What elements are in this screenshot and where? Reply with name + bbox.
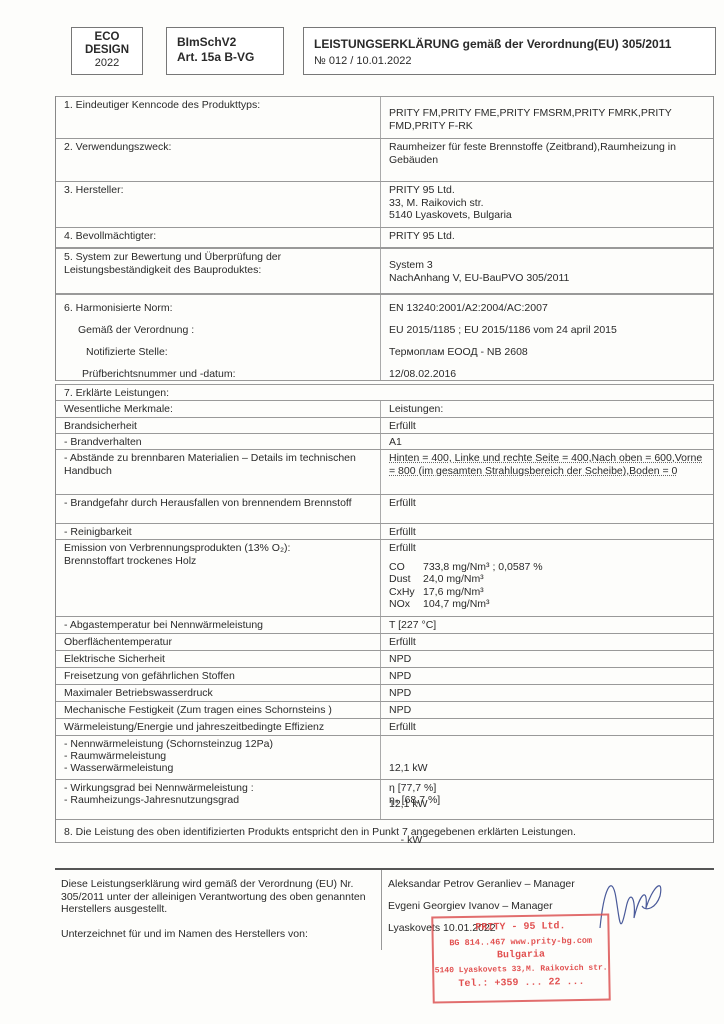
table-row: Mechanische Festigkeit (Zum tragen eines… [56, 701, 713, 718]
label-notified-body: Notifizierte Stelle: [64, 341, 372, 363]
value-regulation: EU 2015/1185 ; EU 2015/1186 vom 24 april… [389, 319, 705, 341]
s7-heading: 7. Erklärte Leistungen: [56, 385, 713, 400]
blm-line2: Art. 15a B-VG [177, 50, 283, 65]
feature-cell: - Raumwärmeleistung [64, 750, 372, 762]
emission-name: CxHy [389, 586, 423, 599]
label-manufacturer: 3. Hersteller: [56, 182, 381, 227]
feature-cell: - Brandverhalten [56, 434, 381, 449]
table-row: Freisetzung von gefährlichen Stoffen NPD [56, 667, 713, 684]
blm-line1: BImSchV2 [177, 35, 283, 50]
value-cell: Erfüllt [381, 634, 713, 650]
label-regulation: Gemäß der Verordnung : [64, 319, 372, 341]
avcp-annex: NachAnhang V, EU-BauPVO 305/2011 [389, 272, 705, 285]
heat-output-labels: - Nennwärmeleistung (Schornsteinzug 12Pa… [56, 736, 381, 779]
row-emissions: Emission von Verbrennungsprodukten (13% … [56, 539, 713, 616]
value-cell: Erfüllt [381, 418, 713, 433]
feature-cell: - Nennwärmeleistung (Schornsteinzug 12Pa… [64, 738, 372, 750]
value-cell: NPD [381, 685, 713, 701]
label-authorised-rep: 4. Bevollmächtigter: [56, 228, 381, 247]
label-harmonised-standard: 6. Harmonisierte Norm: [64, 297, 372, 319]
row-heat-output: - Nennwärmeleistung (Schornsteinzug 12Pa… [56, 735, 713, 779]
emission-name: Dust [389, 573, 423, 586]
declaration-text: Diese Leistungserklärung wird gemäß der … [61, 878, 375, 916]
bimschv-badge: BImSchV2 Art. 15a B-VG [166, 27, 284, 75]
value-harmonised-group: EN 13240:2001/A2:2004/AC:2007 EU 2015/11… [381, 295, 713, 380]
emission-value: 104,7 mg/Nm³ [423, 598, 705, 611]
feature-cell: Freisetzung von gefährlichen Stoffen [56, 668, 381, 684]
table-row: - Abgastemperatur bei Nennwärmeleistung … [56, 616, 713, 633]
value-manufacturer: PRITY 95 Ltd. 33, M. Raikovich str. 5140… [381, 182, 713, 227]
emission-values-list: CO733,8 mg/Nm³ ; 0,0587 % Dust24,0 mg/Nm… [389, 561, 705, 611]
value-harmonised-standard: EN 13240:2001/A2:2004/AC:2007 [389, 297, 705, 319]
value-cell: A1 [381, 434, 713, 449]
heat-output-values: 12,1 kW 12,1 kW - kW [381, 736, 713, 779]
emission-value: 24,0 mg/Nm³ [423, 573, 705, 586]
table-row: Wärmeleistung/Energie und jahreszeitbedi… [56, 718, 713, 735]
label-harmonised-group: 6. Harmonisierte Norm: Gemäß der Verordn… [56, 295, 381, 380]
emission-value: 733,8 mg/Nm³ ; 0,0587 % [423, 561, 705, 574]
row-manufacturer: 3. Hersteller: PRITY 95 Ltd. 33, M. Raik… [56, 181, 713, 227]
feature-cell: - Raumheizungs-Jahresnutzungsgrad [64, 794, 372, 806]
table-row: Oberflächentemperatur Erfüllt [56, 633, 713, 650]
feature-cell: - Abgastemperatur bei Nennwärmeleistung [56, 617, 381, 633]
document-title-box: LEISTUNGSERKLÄRUNG gemäß der Verordnung(… [303, 27, 716, 75]
feature-cell: Oberflächentemperatur [56, 634, 381, 650]
value-cell: Erfüllt [381, 719, 713, 735]
emission-value: 17,6 mg/Nm³ [423, 586, 705, 599]
document-title: LEISTUNGSERKLÄRUNG gemäß der Verordnung(… [314, 37, 715, 51]
value-cell: ηₛ [68,7 %] [389, 794, 705, 806]
value-cell: NPD [381, 651, 713, 667]
row-authorised-rep: 4. Bevollmächtigter: PRITY 95 Ltd. [56, 227, 713, 247]
ecodesign-badge: ECO DESIGN 2022 [71, 27, 143, 75]
eco-line2: DESIGN [72, 44, 142, 57]
value-test-report: 12/08.02.2016 [389, 363, 705, 385]
table-row: Maximaler Betriebswasserdruck NPD [56, 684, 713, 701]
declared-performance-table: 7. Erklärte Leistungen: Wesentliche Merk… [55, 384, 714, 843]
value-cell: Erfüllt [381, 495, 713, 523]
feature-cell: - Reinigbarkeit [56, 524, 381, 539]
eco-line1: ECO [72, 31, 142, 44]
declaration-text-block: Diese Leistungserklärung wird gemäß der … [55, 870, 381, 950]
efficiency-labels: - Wirkungsgrad bei Nennwärmeleistung : -… [56, 780, 381, 819]
manufacturer-name: PRITY 95 Ltd. [389, 184, 705, 197]
row-column-headers: Wesentliche Merkmale: Leistungen: [56, 400, 713, 417]
table-row: - Brandverhalten A1 [56, 433, 713, 449]
value-notified-body: Термоплам ЕООД - NB 2608 [389, 341, 705, 363]
row-s8: 8. Die Leistung des oben identifizierten… [56, 819, 713, 843]
value-authorised-rep: PRITY 95 Ltd. [381, 228, 713, 247]
avcp-system: System 3 [389, 259, 705, 272]
feature-cell: Elektrische Sicherheit [56, 651, 381, 667]
label-test-report: Prüfberichtsnummer und -datum: [64, 363, 372, 385]
signed-for-text: Unterzeichnet für und im Namen des Herst… [61, 928, 375, 941]
company-stamp: PRITY - 95 Ltd. BG 814..467 www.prity-bg… [431, 913, 610, 1003]
efficiency-values: η [77,7 %] ηₛ [68,7 %] [381, 780, 713, 819]
eco-year: 2022 [72, 57, 142, 70]
s8-conformity-statement: 8. Die Leistung des oben identifizierten… [56, 820, 713, 842]
row-intended-use: 2. Verwendungszweck: Raumheizer für fest… [56, 138, 713, 181]
table-row: Brandsicherheit Erfüllt [56, 417, 713, 433]
emission-label: Emission von Verbrennungsprodukten (13% … [64, 542, 372, 555]
feature-cell: Mechanische Festigkeit (Zum tragen eines… [56, 702, 381, 718]
row-harmonised-standard: 6. Harmonisierte Norm: Gemäß der Verordn… [56, 293, 713, 380]
feature-cell: - Abstände zu brennbaren Materialien – D… [56, 450, 381, 494]
label-emissions: Emission von Verbrennungsprodukten (13% … [56, 540, 381, 616]
emission-status: Erfüllt [389, 542, 705, 555]
value-cell: T [227 °C] [381, 617, 713, 633]
value-cell: NPD [381, 702, 713, 718]
stamp-line: Tel.: +359 ... 22 ... [434, 975, 608, 992]
table-row: Elektrische Sicherheit NPD [56, 650, 713, 667]
col-header-feature: Wesentliche Merkmale: [56, 401, 381, 417]
feature-cell: Maximaler Betriebswasserdruck [56, 685, 381, 701]
label-avcp-system: 5. System zur Bewertung und Überprüfung … [56, 249, 381, 293]
value-cell: NPD [381, 668, 713, 684]
value-avcp-system: System 3 NachAnhang V, EU-BauPVO 305/201… [381, 249, 713, 293]
value-product-code: PRITY FM,PRITY FME,PRITY FMSRM,PRITY FMR… [381, 97, 713, 138]
manufacturer-city: 5140 Lyaskovets, Bulgaria [389, 209, 705, 222]
feature-cell: - Wirkungsgrad bei Nennwärmeleistung : [64, 782, 372, 794]
table-row: - Abstände zu brennbaren Materialien – D… [56, 449, 713, 494]
row-product-code: 1. Eindeutiger Kenncode des Produkttyps:… [56, 96, 713, 138]
col-header-value: Leistungen: [381, 401, 713, 417]
emission-name: CO [389, 561, 423, 574]
fuel-type-label: Brennstoffart trockenes Holz [64, 555, 372, 568]
value-cell: Erfüllt [381, 524, 713, 539]
table-row: - Brandgefahr durch Herausfallen von bre… [56, 494, 713, 523]
document-number: № 012 / 10.01.2022 [314, 55, 715, 67]
feature-cell: Wärmeleistung/Energie und jahreszeitbedi… [56, 719, 381, 735]
value-cell: Hinten = 400, Linke und rechte Seite = 4… [381, 450, 713, 494]
value-emissions: Erfüllt CO733,8 mg/Nm³ ; 0,0587 % Dust24… [381, 540, 713, 616]
value-cell: 12,1 kW [389, 762, 705, 774]
value-intended-use: Raumheizer für feste Brennstoffe (Zeitbr… [381, 139, 713, 181]
row-efficiency: - Wirkungsgrad bei Nennwärmeleistung : -… [56, 779, 713, 819]
table-row: - Reinigbarkeit Erfüllt [56, 523, 713, 539]
manufacturer-street: 33, M. Raikovich str. [389, 197, 705, 210]
row-s7-heading: 7. Erklärte Leistungen: [56, 384, 713, 400]
feature-cell: - Wasserwärmeleistung [64, 762, 372, 774]
label-product-code: 1. Eindeutiger Kenncode des Produkttyps: [56, 97, 381, 138]
value-cell: η [77,7 %] [389, 782, 705, 794]
feature-cell: - Brandgefahr durch Herausfallen von bre… [56, 495, 381, 523]
row-avcp-system: 5. System zur Bewertung und Überprüfung … [56, 247, 713, 293]
label-intended-use: 2. Verwendungszweck: [56, 139, 381, 181]
feature-cell: Brandsicherheit [56, 418, 381, 433]
emission-name: NOx [389, 598, 423, 611]
product-info-table: 1. Eindeutiger Kenncode des Produkttyps:… [55, 96, 714, 381]
